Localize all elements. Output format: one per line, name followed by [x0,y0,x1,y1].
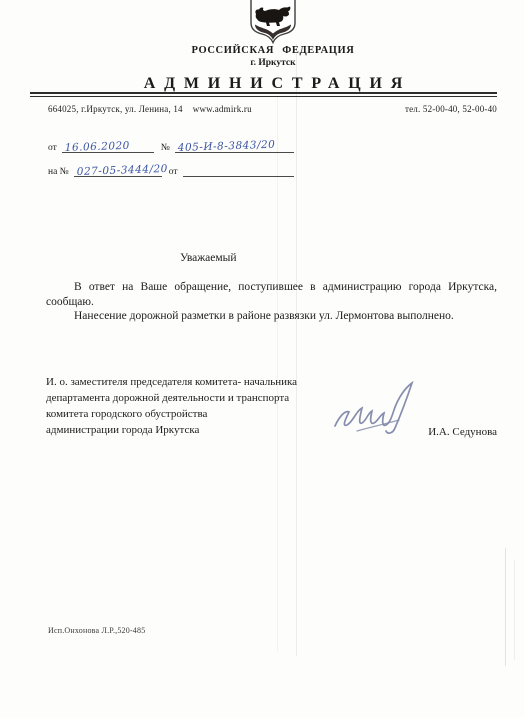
postal-address: 664025, г.Иркутск, ул. Ленина, 14www.adm… [48,104,262,114]
paragraph-1: В ответ на Ваше обращение, поступившее в… [46,280,497,309]
outgoing-reference-row: от 16.06.2020 № 405-И-8-3843/20 [48,136,294,153]
reply-number-field: 027-05-3444/20 [74,163,162,177]
country-name: РОССИЙСКАЯ ФЕДЕРАЦИЯ [24,45,522,56]
irkutsk-coat-of-arms-icon [247,0,299,46]
handwritten-reply-number: 027-05-3444/20 [76,163,167,178]
reply-label: на № [48,167,69,177]
date-field: 16.06.2020 [62,139,154,153]
address-text: 664025, г.Иркутск, ул. Ленина, 14 [48,104,183,114]
scan-fold-line [296,44,297,656]
handwritten-number: 405-И-8-3843/20 [177,139,275,154]
header-divider [30,92,497,97]
handwritten-signature-icon [329,380,433,440]
scan-edge-artifact [514,560,515,660]
paragraph-2: Нанесение дорожной разметки в районе раз… [46,309,497,324]
incoming-reference-row: на № 027-05-3444/20 от [48,160,294,177]
city-name: г. Иркутск [24,58,522,68]
letter-page: РОССИЙСКАЯ ФЕДЕРАЦИЯ г. Иркутск АДМИНИСТ… [0,0,524,718]
executor-note: Исп.Онхонова Л.Р.,520-485 [48,626,145,635]
number-label: № [161,143,170,153]
letter-body: Уважаемый В ответ на Ваше обращение, пос… [46,252,497,324]
reference-block: от 16.06.2020 № 405-И-8-3843/20 на № 027… [48,136,294,184]
handwritten-date: 16.06.2020 [64,140,130,154]
contact-row: 664025, г.Иркутск, ул. Ленина, 14www.adm… [48,104,497,114]
date-label: от [48,143,57,153]
letterhead: РОССИЙСКАЯ ФЕДЕРАЦИЯ г. Иркутск АДМИНИСТ… [24,45,522,93]
body-paragraphs: В ответ на Ваше обращение, поступившее в… [46,280,497,324]
salutation: Уважаемый [46,252,497,264]
scan-edge-artifact [505,548,506,666]
signer-name: И.А. Седунова [428,424,497,440]
phone-numbers: тел. 52-00-40, 52-00-40 [405,104,497,114]
reply-date-label: от [169,167,178,177]
signature-block: И. о. заместителя председателя комитета-… [46,374,497,438]
website-url: www.admirk.ru [193,104,252,114]
scan-fold-line [277,96,278,652]
organization-name: АДМИНИСТРАЦИЯ [24,75,522,93]
